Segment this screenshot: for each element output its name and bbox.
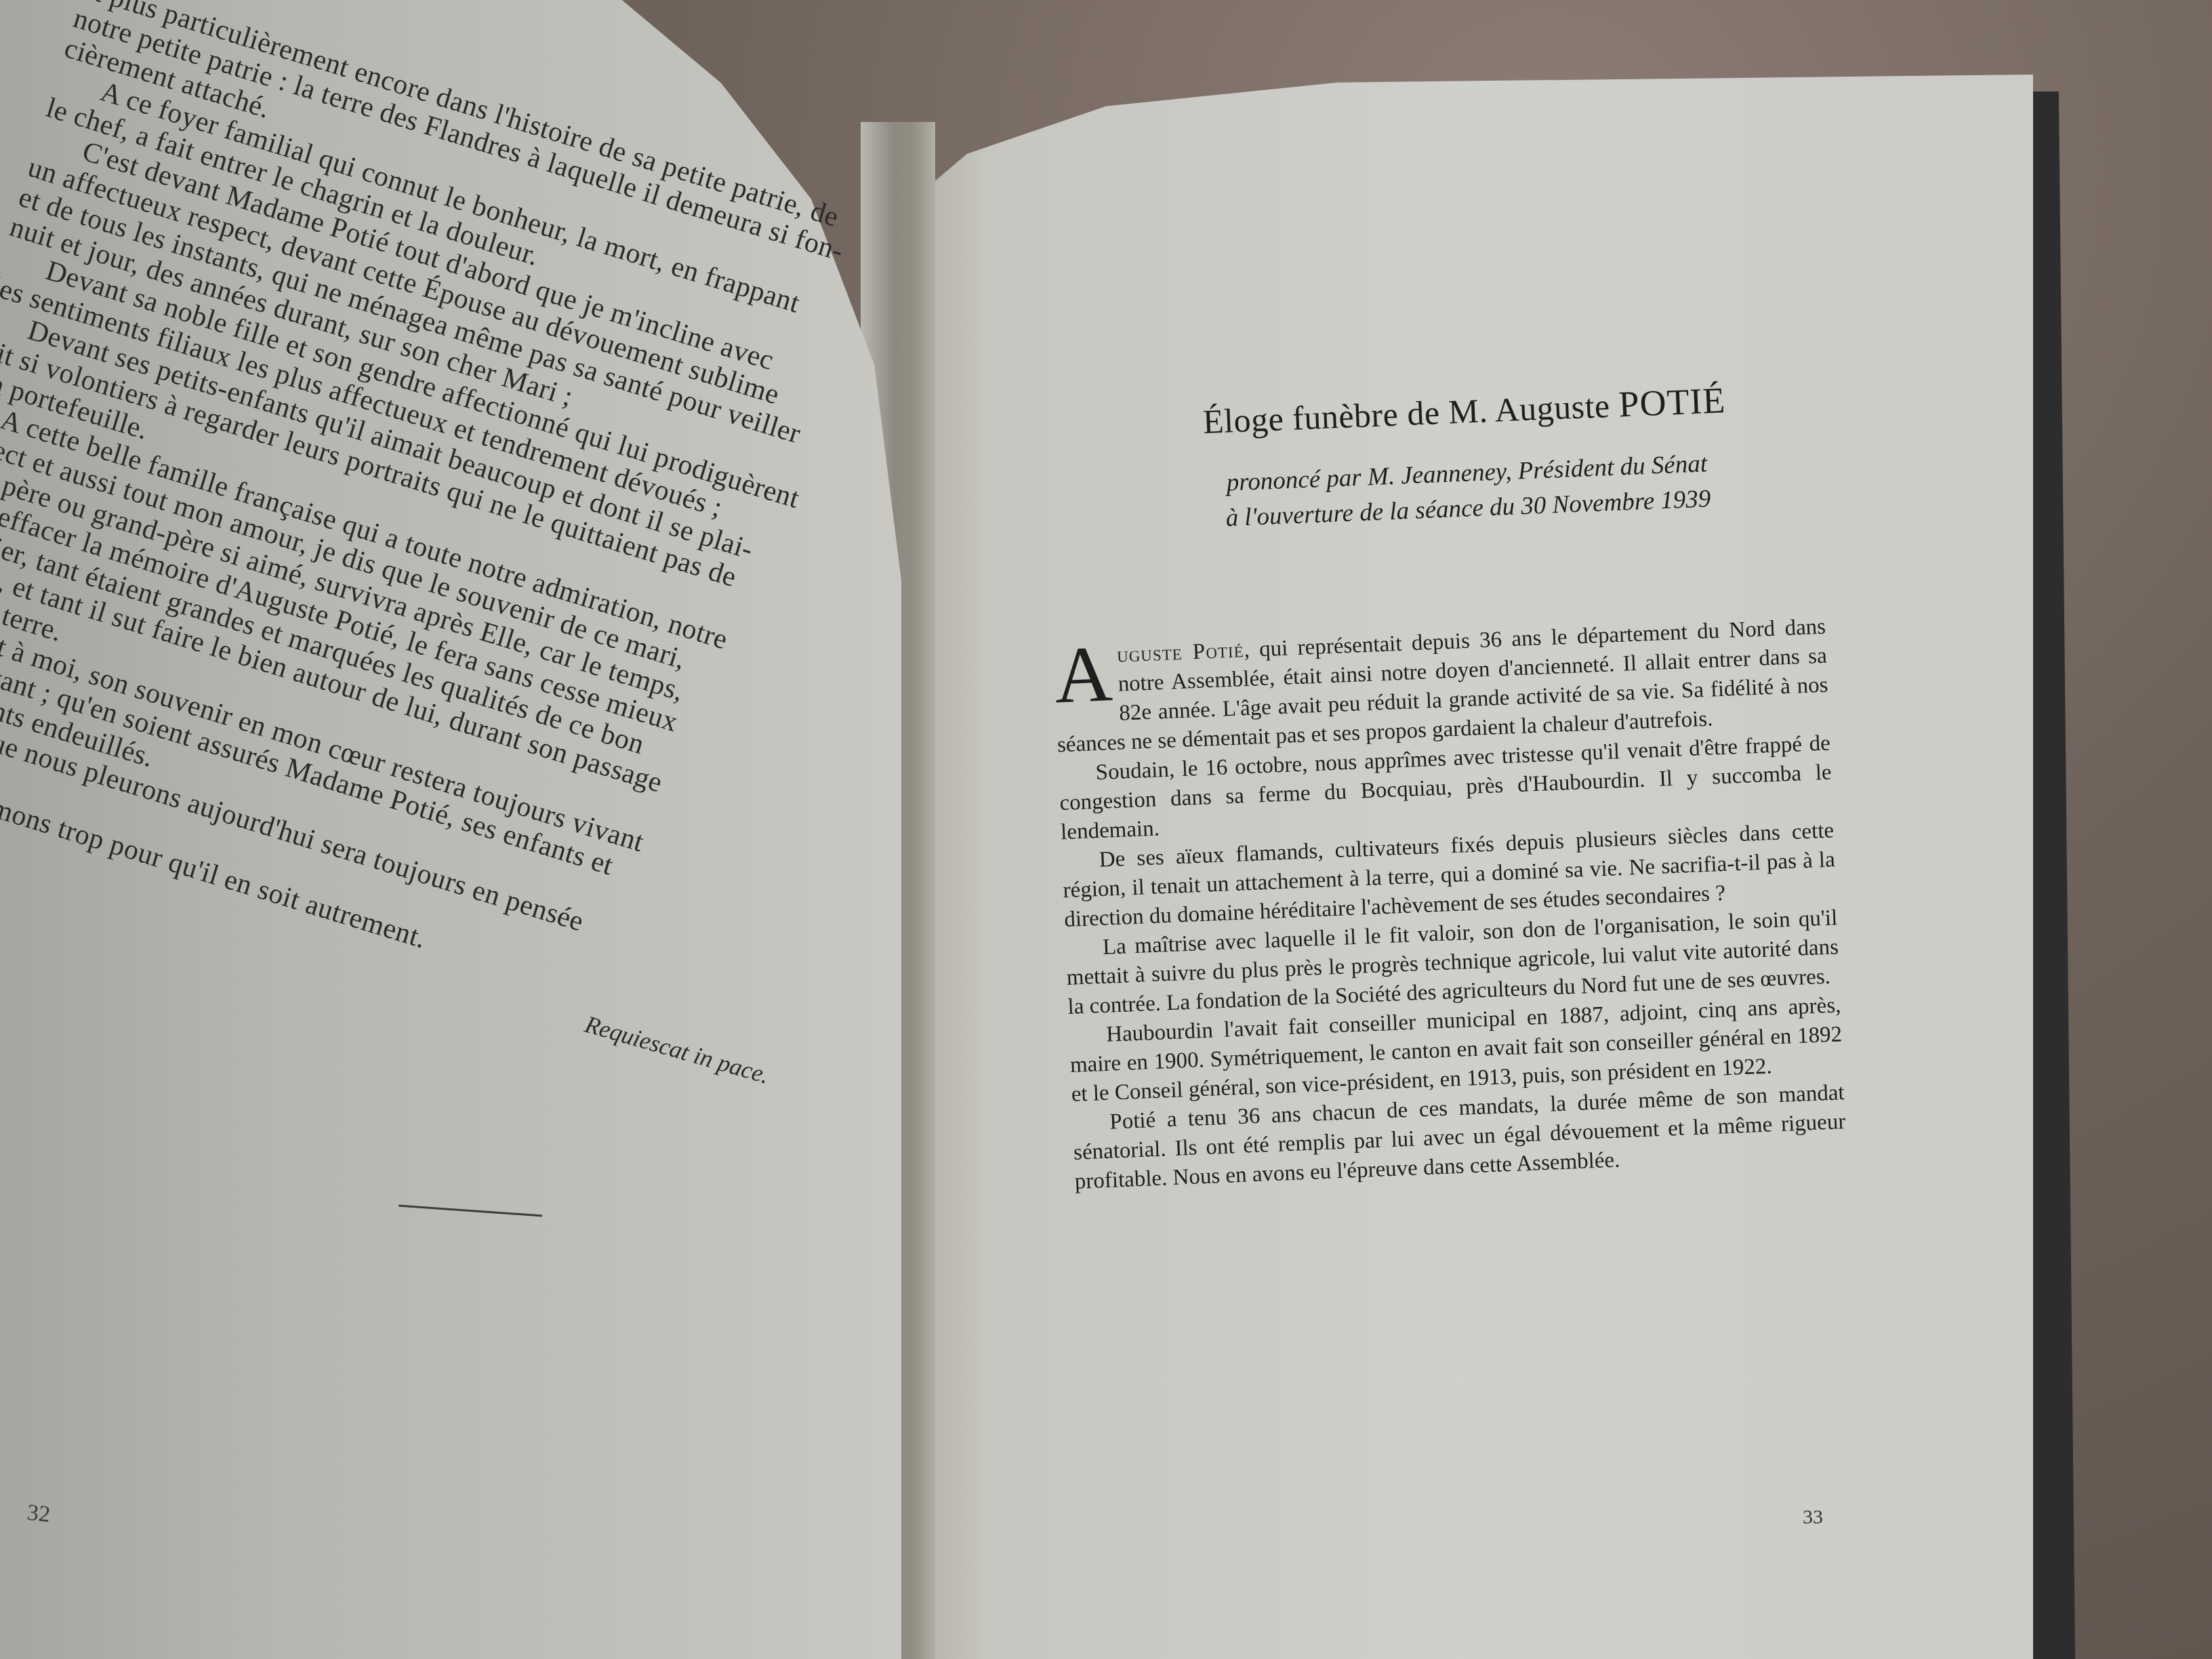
body-text: Auguste Potié, qui représentait depuis 3… xyxy=(1053,613,1847,1197)
right-page-text: Éloge funèbre de M. Auguste POTIÉ pronon… xyxy=(1057,375,1875,1196)
title-name: POTIÉ xyxy=(1618,380,1726,424)
page-number-right: 33 xyxy=(1803,1506,1823,1529)
page-number-left: 32 xyxy=(26,1500,52,1528)
chapter-subtitle: prononcé par M. Jeanneney, Président du … xyxy=(1114,442,1821,541)
drop-cap: A xyxy=(1053,642,1113,707)
lead-in: uguste Potié xyxy=(1116,638,1244,668)
